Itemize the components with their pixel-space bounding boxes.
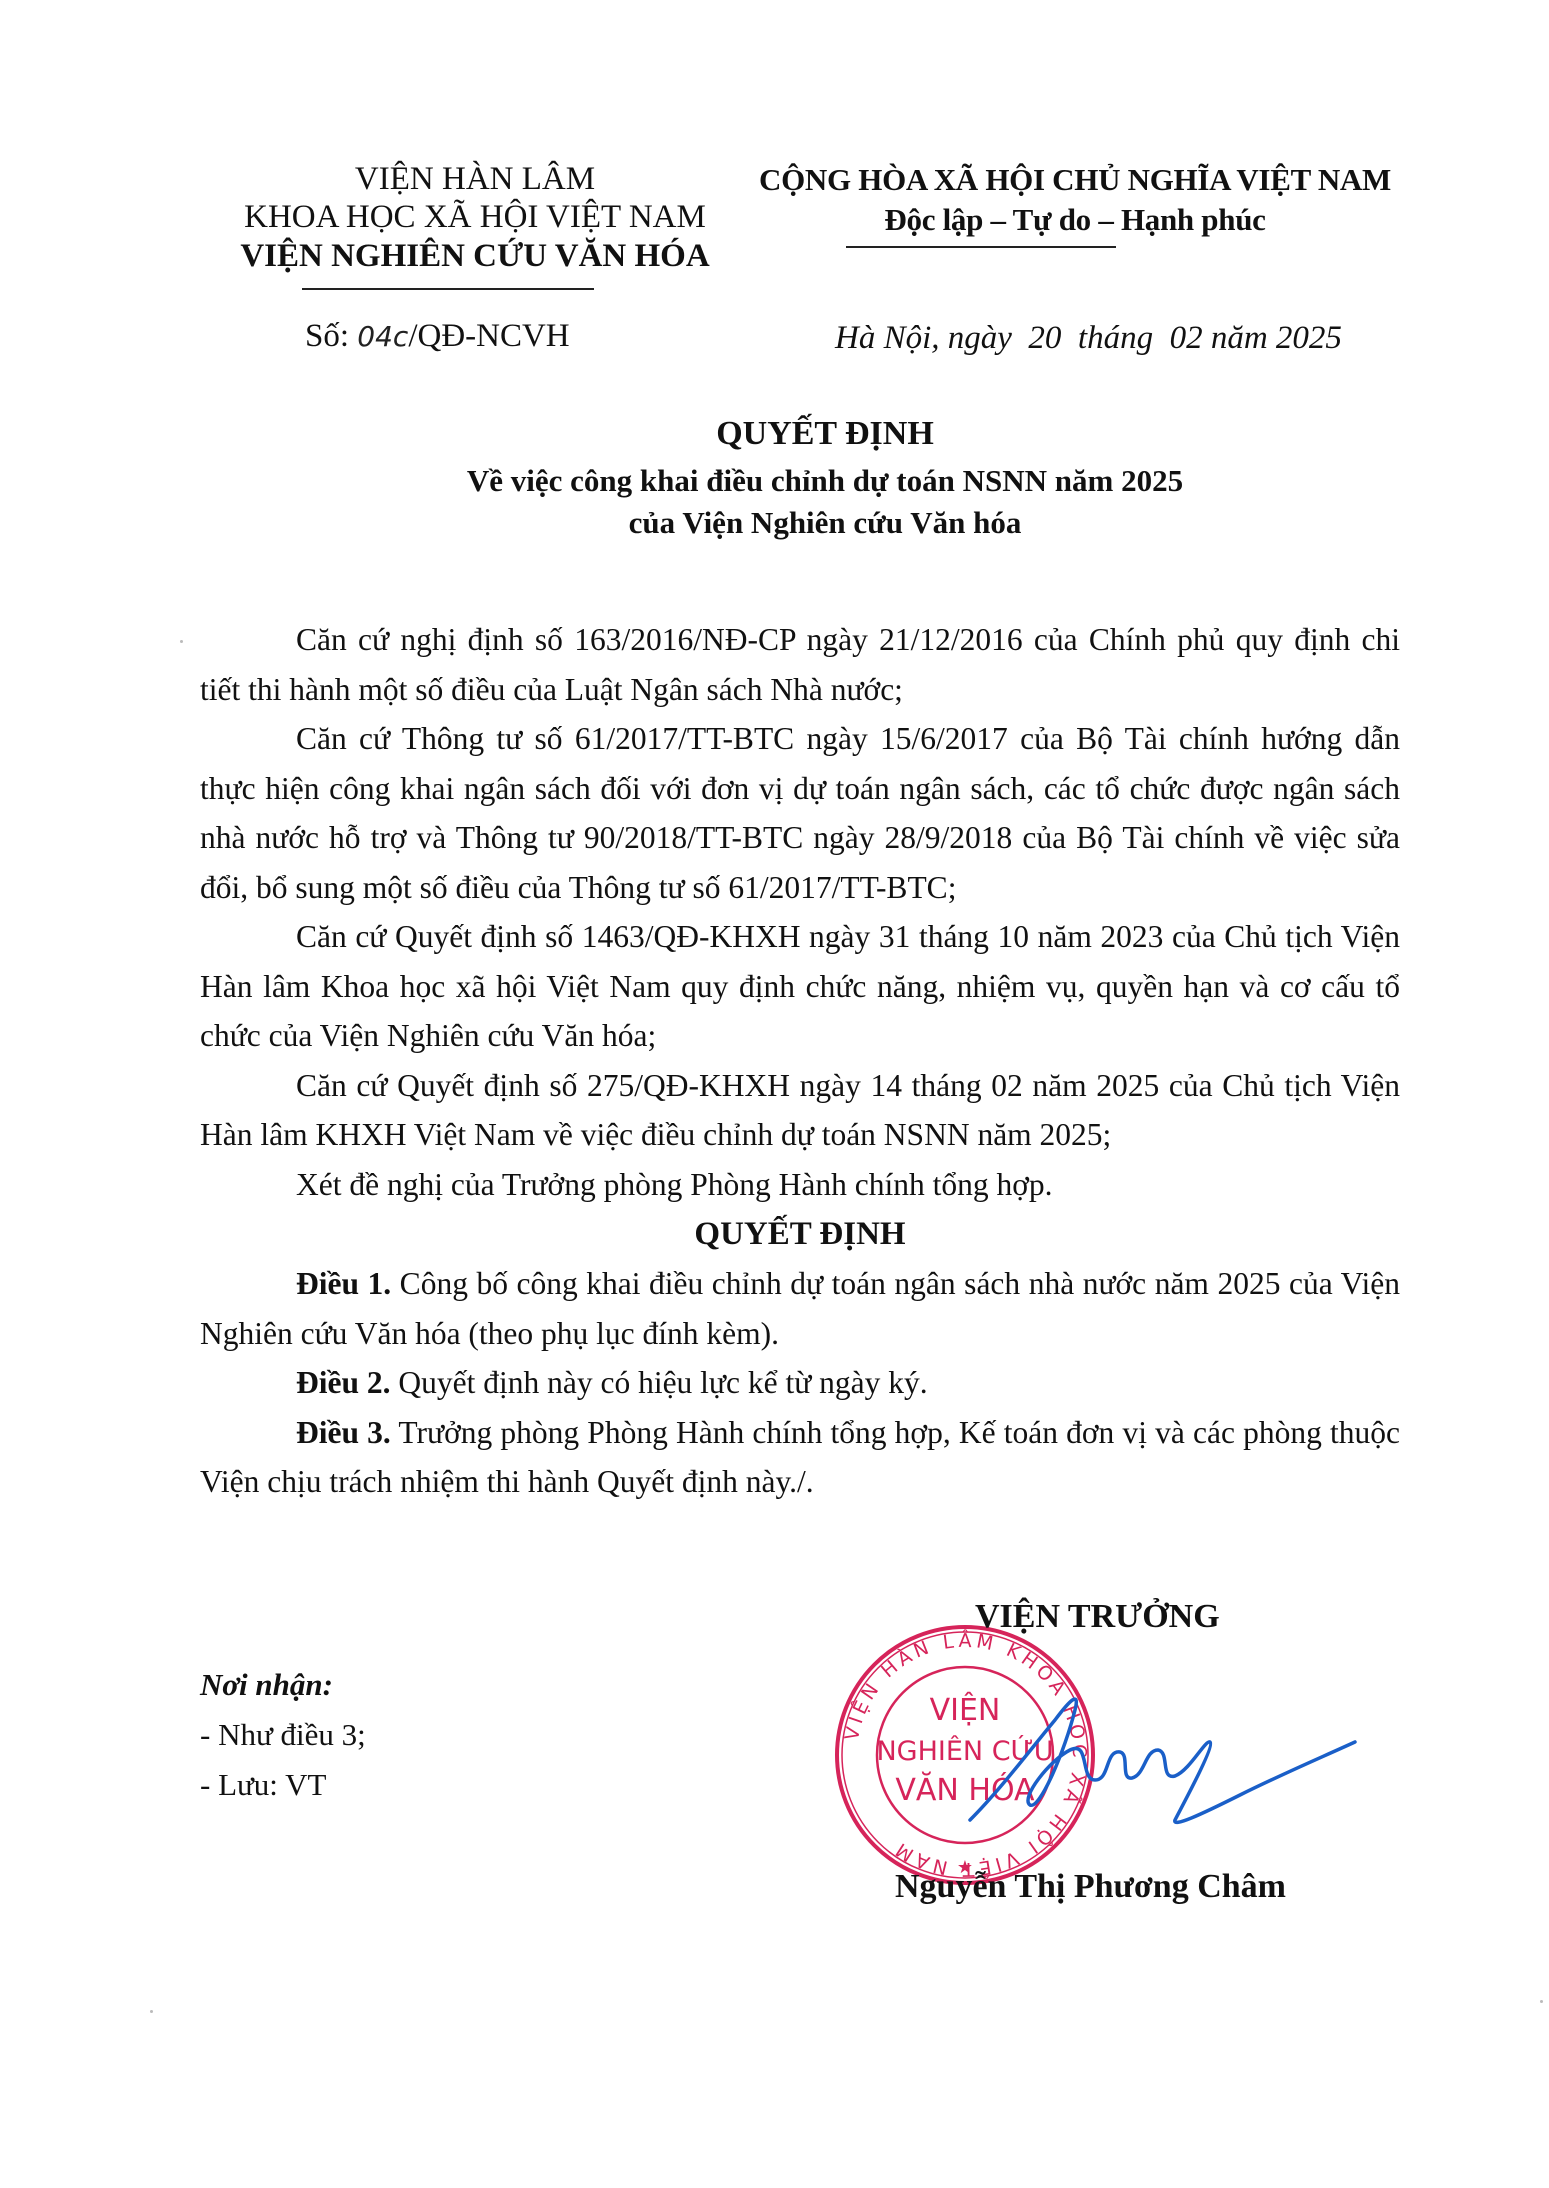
- preamble-paragraph: Căn cứ Thông tư số 61/2017/TT-BTC ngày 1…: [200, 714, 1400, 912]
- agency-parent-line1: VIỆN HÀN LÂM: [200, 160, 750, 198]
- document-title: QUYẾT ĐỊNH: [400, 408, 1250, 460]
- national-motto-header: CỘNG HÒA XÃ HỘI CHỦ NGHĨA VIỆT NAM Độc l…: [730, 160, 1420, 240]
- scan-speck: [180, 640, 183, 643]
- recipient-item: - Lưu: VT: [200, 1760, 366, 1810]
- document-subject-line2: của Viện Nghiên cứu Văn hóa: [400, 502, 1250, 544]
- decision-heading: QUYẾT ĐỊNH: [200, 1209, 1400, 1259]
- doc-number-label: Số:: [305, 318, 357, 354]
- doc-number-suffix: /QĐ-NCVH: [408, 318, 569, 354]
- agency-underline: [302, 288, 594, 290]
- article-text: Quyết định này có hiệu lực kể từ ngày ký…: [391, 1365, 928, 1400]
- article-1: Điều 1. Công bố công khai điều chỉnh dự …: [200, 1259, 1400, 1358]
- recipients-block: Nơi nhận: - Như điều 3; - Lưu: VT: [200, 1660, 366, 1810]
- preamble-paragraph: Căn cứ Quyết định số 1463/QĐ-KHXH ngày 3…: [200, 912, 1400, 1061]
- article-label: Điều 1.: [296, 1266, 391, 1301]
- article-label: Điều 2.: [296, 1365, 391, 1400]
- article-3: Điều 3. Trưởng phòng Phòng Hành chính tổ…: [200, 1408, 1400, 1507]
- document-number: Số: 04c/QĐ-NCVH: [305, 318, 570, 355]
- agency-name: VIỆN NGHIÊN CỨU VĂN HÓA: [200, 236, 750, 276]
- document-subject-line1: Về việc công khai điều chỉnh dự toán NSN…: [400, 460, 1250, 502]
- article-2: Điều 2. Quyết định này có hiệu lực kể từ…: [200, 1358, 1400, 1408]
- signer-name: Nguyễn Thị Phương Châm: [895, 1868, 1286, 1906]
- preamble-paragraph: Căn cứ nghị định số 163/2016/NĐ-CP ngày …: [200, 615, 1400, 714]
- document-body: Căn cứ nghị định số 163/2016/NĐ-CP ngày …: [200, 615, 1400, 1507]
- doc-number-handwritten: 04c: [357, 320, 408, 353]
- document-date: Hà Nội, ngày 20 tháng 02 năm 2025: [835, 320, 1342, 357]
- preamble-paragraph: Xét đề nghị của Trưởng phòng Phòng Hành …: [200, 1160, 1400, 1210]
- national-motto: Độc lập – Tự do – Hạnh phúc: [730, 200, 1420, 240]
- article-label: Điều 3.: [296, 1415, 391, 1450]
- issuing-agency-header: VIỆN HÀN LÂM KHOA HỌC XÃ HỘI VIỆT NAM VI…: [200, 160, 750, 276]
- scan-speck: [150, 2010, 153, 2013]
- preamble-paragraph: Căn cứ Quyết định số 275/QĐ-KHXH ngày 14…: [200, 1061, 1400, 1160]
- agency-parent-line2: KHOA HỌC XÃ HỘI VIỆT NAM: [200, 198, 750, 236]
- country-name: CỘNG HÒA XÃ HỘI CHỦ NGHĨA VIỆT NAM: [730, 160, 1420, 200]
- signer-title: VIỆN TRƯỞNG: [975, 1598, 1220, 1636]
- motto-underline: [846, 246, 1116, 248]
- recipients-title: Nơi nhận:: [200, 1660, 366, 1710]
- document-title-block: QUYẾT ĐỊNH Về việc công khai điều chỉnh …: [400, 408, 1250, 544]
- handwritten-signature: [960, 1680, 1360, 1840]
- scan-speck: [1540, 2000, 1543, 2003]
- recipient-item: - Như điều 3;: [200, 1710, 366, 1760]
